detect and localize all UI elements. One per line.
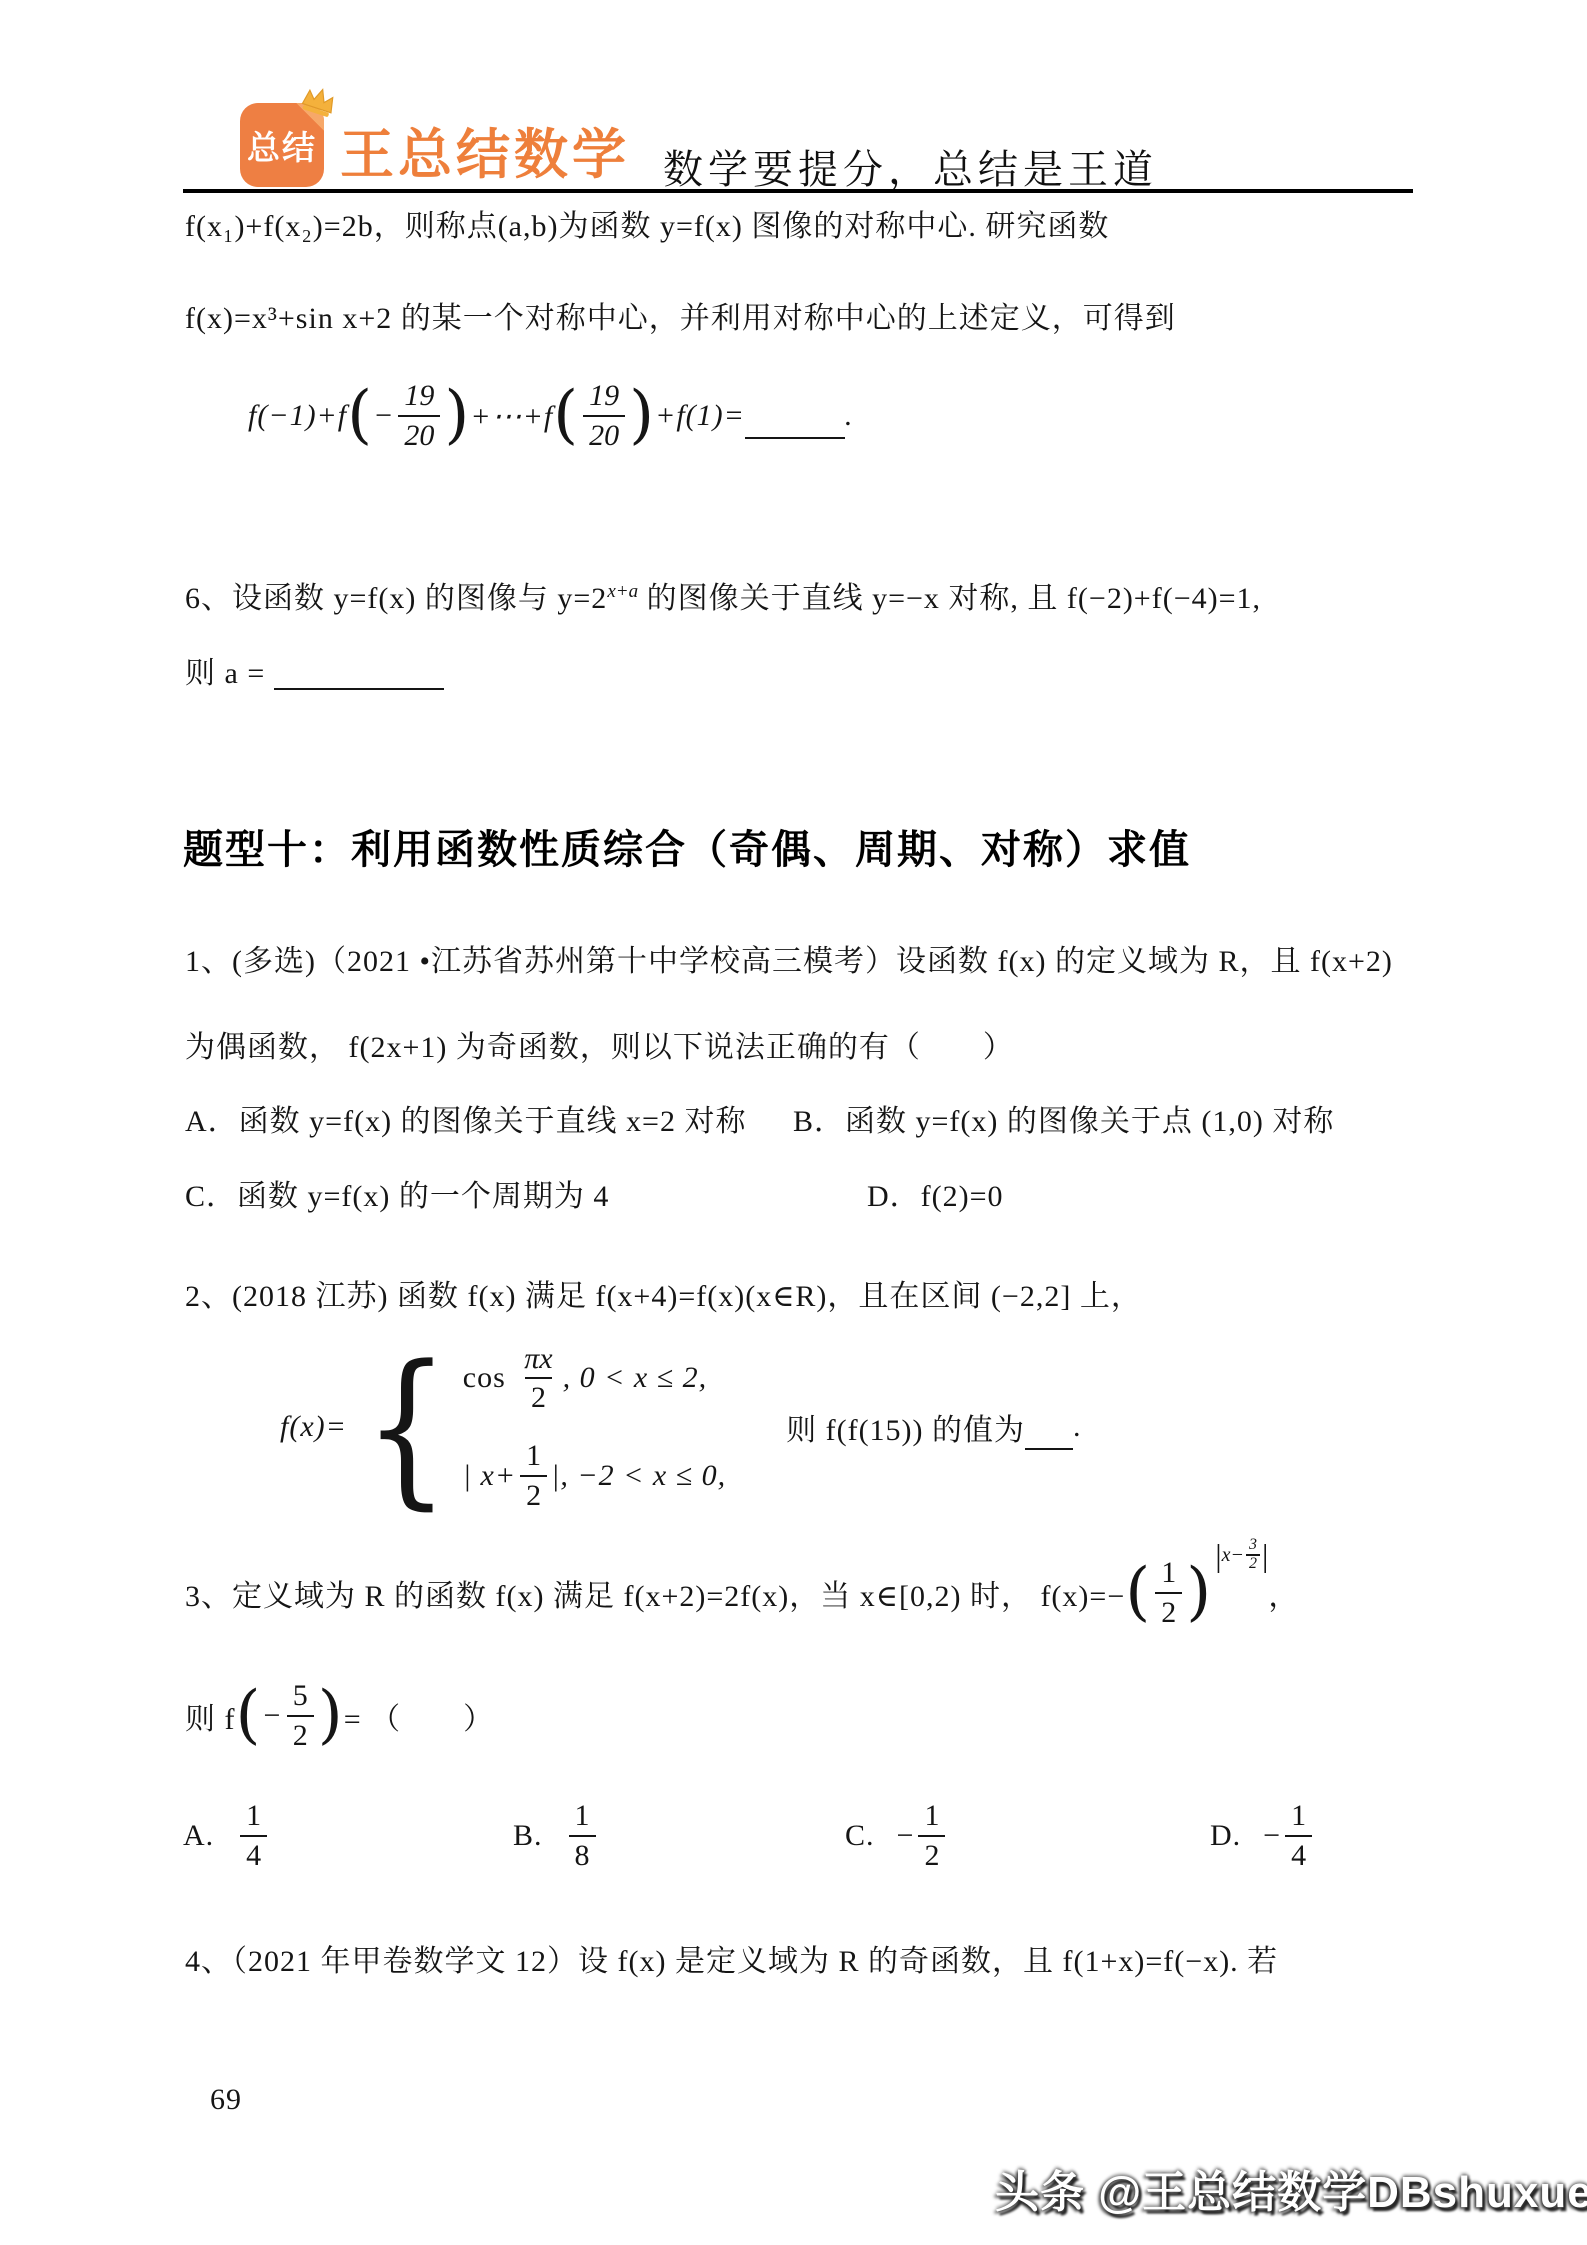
problem-6-text: 6、设函数 y=f(x) 的图像与 y=2 [185, 582, 607, 615]
comma: ， [1268, 1571, 1299, 1615]
header-tagline: 数学要提分，总结是王道 [663, 138, 1158, 195]
problem-6-line-1: 6、设函数 y=f(x) 的图像与 y=2x+a 的图像关于直线 y=−x 对称… [185, 577, 1261, 621]
formula-segment: f(−1)+f [248, 399, 347, 433]
crown-icon [297, 81, 341, 121]
problem-3-line-1: 3、定义域为 R 的函数 f(x) 满足 f(x+2)=2f(x)，当 x∈[0… [185, 1537, 1299, 1649]
answer-blank [1025, 1428, 1073, 1450]
piecewise-row-1: cos πx2 , 0 < x ≤ 2, [463, 1340, 726, 1417]
logo-badge-text: 总结 [247, 122, 317, 169]
row-text: , 0 < x ≤ 2, [563, 1361, 708, 1395]
problem-1-option-d: D．f(2)=0 [867, 1175, 1004, 1219]
minus-sign: − [261, 1699, 282, 1733]
problem-3-text: 3、定义域为 R 的函数 f(x) 满足 f(x+2)=2f(x)，当 x∈[0… [185, 1571, 1125, 1615]
exp-text: x− [1222, 1544, 1244, 1567]
fraction-pix-2: πx2 [518, 1340, 558, 1417]
left-paren: ( [236, 1687, 262, 1745]
brand-logo-badge: 总结 [240, 103, 324, 187]
problem-3-option-c: C. − 12 [845, 1790, 949, 1882]
answer-blank [745, 417, 845, 439]
row-text: | x+ [463, 1459, 516, 1493]
fraction-1-2: 12 [520, 1437, 547, 1514]
problem-3-text: 则 f [185, 1694, 236, 1738]
fraction-19-20: 1920 [583, 377, 625, 454]
problem-1-line-2: 为偶函数， f(2x+1) 为奇函数，则以下说法正确的有（ ） [185, 1026, 1014, 1070]
formula-segment: +f(1)= [655, 399, 745, 433]
right-paren: ) [1186, 1564, 1212, 1622]
function-lhs: f(x)= [280, 1410, 347, 1444]
left-paren: ( [553, 387, 579, 445]
problem-3-option-a: A. 14 [183, 1790, 271, 1882]
option-sign: − [1263, 1819, 1281, 1853]
problem-2-question-tail: 则 f(f(15)) 的值为 . [786, 1405, 1081, 1449]
problem-2-piecewise-formula: f(x)= { cos πx2 , 0 < x ≤ 2, | x+ 12 |, … [280, 1338, 1082, 1516]
option-label: C. [845, 1819, 875, 1853]
problem-1-option-c: C．函数 y=f(x) 的一个周期为 4 [185, 1175, 609, 1219]
option-label: A. [183, 1819, 214, 1853]
brand-name: 王总结数学 [340, 112, 630, 189]
section-heading: 题型十：利用函数性质综合（奇偶、周期、对称）求值 [183, 818, 1191, 875]
left-paren: ( [347, 387, 373, 445]
problem-3-option-b: B. 18 [513, 1790, 600, 1882]
piecewise-rows: cos πx2 , 0 < x ≤ 2, | x+ 12 |, −2 < x ≤… [463, 1340, 726, 1514]
abs-bar: | [1262, 1539, 1268, 1571]
option-fraction: 14 [240, 1797, 267, 1874]
problem-6-line-2: 则 a = [185, 652, 444, 696]
option-fraction: 14 [1285, 1797, 1312, 1874]
right-paren: ) [318, 1687, 344, 1745]
problem-1-option-a: A．函数 y=f(x) 的图像关于直线 x=2 对称 [185, 1100, 746, 1144]
minus-sign: − [373, 399, 394, 433]
row-text: |, −2 < x ≤ 0, [551, 1459, 726, 1493]
formula-segment: +⋯+f [470, 399, 553, 434]
page-number: 69 [210, 2083, 242, 2117]
left-paren: ( [1125, 1564, 1151, 1622]
period: . [1073, 1410, 1082, 1444]
right-paren: ) [629, 387, 655, 445]
piecewise-row-2: | x+ 12 |, −2 < x ≤ 0, [463, 1437, 726, 1514]
exponent-abs-x-minus-3-2: |x−32| [1215, 1537, 1268, 1573]
problem-3-text: = （ ） [344, 1694, 494, 1738]
option-label: B. [513, 1819, 543, 1853]
problem-6-text: 的图像关于直线 y=−x 对称, 且 f(−2)+f(−4)=1, [638, 582, 1261, 615]
problem-4-line-1: 4、（2021 年甲卷数学文 12）设 f(x) 是定义域为 R 的奇函数，且 … [185, 1940, 1278, 1984]
problem-3-line-2: 则 f ( − 52 ) = （ ） [185, 1666, 494, 1766]
header-divider [183, 189, 1413, 193]
watermark-text: 头条 @王总结数学DBshuxue [995, 2156, 1587, 2220]
problem-2-line-1: 2、(2018 江苏) 函数 f(x) 满足 f(x+4)=f(x)(x∈R)，… [185, 1275, 1142, 1319]
problem-1-option-b: B．函数 y=f(x) 的图像关于点 (1,0) 对称 [793, 1100, 1334, 1144]
problem-3-option-d: D. − 14 [1210, 1790, 1316, 1882]
fraction-5-2: 52 [287, 1677, 314, 1754]
option-fraction: 12 [918, 1797, 945, 1874]
right-paren: ) [444, 387, 470, 445]
exponent-x-plus-a: x+a [607, 581, 638, 602]
intro-sum-formula: f(−1)+f ( − 1920 ) +⋯+f ( 1920 ) +f(1)= … [248, 362, 853, 470]
intro-line-1: f(x₁)+f(x₂)=2b，则称点(a,b)为函数 y=f(x) 图像的对称中… [185, 205, 1109, 249]
option-fraction: 18 [569, 1797, 596, 1874]
intro-line-2: f(x)=x³+sin x+2 的某一个对称中心，并利用对称中心的上述定义，可得… [185, 297, 1176, 341]
tail-text: 则 f(f(15)) 的值为 [786, 1405, 1025, 1449]
row-text: cos [463, 1361, 515, 1395]
option-label: D. [1210, 1819, 1241, 1853]
period: . [845, 399, 854, 433]
fraction-1-2: 12 [1155, 1554, 1182, 1631]
answer-blank [274, 658, 444, 690]
problem-1-line-1: 1、(多选)（2021 •江苏省苏州第十中学校高三模考）设函数 f(x) 的定义… [185, 940, 1393, 984]
option-sign: − [897, 1819, 915, 1853]
problem-6-answer-label: 则 a = [185, 657, 274, 690]
fraction-3-2: 32 [1246, 1537, 1260, 1573]
left-brace: { [364, 1356, 450, 1499]
fraction-19-20: 1920 [398, 377, 440, 454]
